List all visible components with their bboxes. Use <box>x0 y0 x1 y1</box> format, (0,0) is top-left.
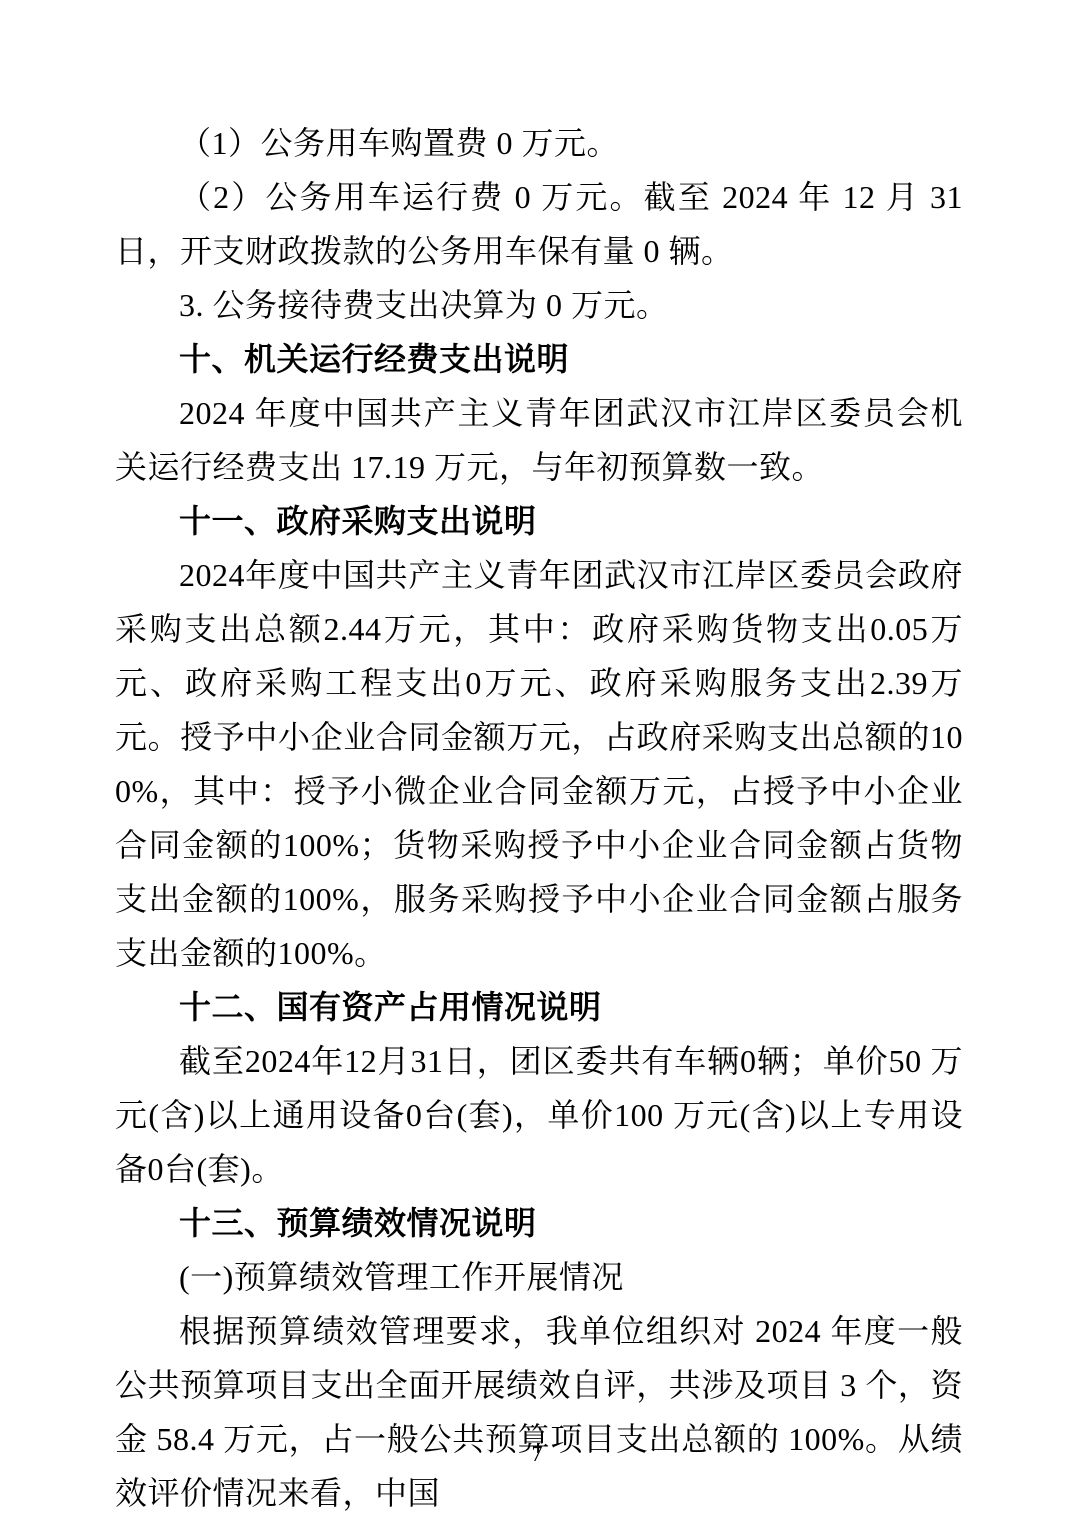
paragraph-vehicle-purchase: （1）公务用车购置费 0 万元。 <box>115 116 963 170</box>
paragraph-vehicle-operation: （2）公务用车运行费 0 万元。截至 2024 年 12 月 31 日，开支财政… <box>115 170 963 278</box>
paragraph-official-reception: 3. 公务接待费支出决算为 0 万元。 <box>115 278 963 332</box>
paragraph-state-assets: 截至2024年12月31日，团区委共有车辆0辆；单价50 万元(含)以上通用设备… <box>115 1034 963 1196</box>
subheading-performance-management: (一)预算绩效管理工作开展情况 <box>115 1250 963 1304</box>
document-content: （1）公务用车购置费 0 万元。 （2）公务用车运行费 0 万元。截至 2024… <box>115 116 963 1520</box>
paragraph-operating-expense: 2024 年度中国共产主义青年团武汉市江岸区委员会机关运行经费支出 17.19 … <box>115 386 963 494</box>
document-page: （1）公务用车购置费 0 万元。 （2）公务用车运行费 0 万元。截至 2024… <box>0 0 1074 1520</box>
heading-section-11-gov-procurement: 十一、政府采购支出说明 <box>115 494 963 548</box>
paragraph-gov-procurement: 2024年度中国共产主义青年团武汉市江岸区委员会政府采购支出总额2.44万元，其… <box>115 548 963 980</box>
heading-section-13-budget-performance: 十三、预算绩效情况说明 <box>115 1196 963 1250</box>
heading-section-10-operating-expense: 十、机关运行经费支出说明 <box>115 332 963 386</box>
paragraph-performance-evaluation: 根据预算绩效管理要求，我单位组织对 2024 年度一般公共预算项目支出全面开展绩… <box>115 1304 963 1520</box>
heading-section-12-state-assets: 十二、国有资产占用情况说明 <box>115 980 963 1034</box>
page-number: 7 <box>0 1440 1074 1468</box>
